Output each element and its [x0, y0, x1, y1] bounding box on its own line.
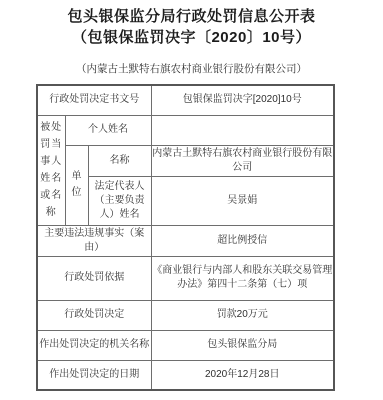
title-line2: （包银保监罚决字〔2020〕10号） [0, 27, 383, 48]
row-basis: 行政处罚依据 《商业银行与内部人和股东关联交易管理办法》第四十二条第（七）项 [37, 256, 334, 300]
unit-name-label: 名称 [88, 145, 151, 176]
facts-label: 主要违法违规事实（案由） [37, 225, 151, 256]
punished-party-group-label-text: 被处罚当事人姓名或名称 [39, 119, 63, 221]
row-date: 作出处罚决定的日期 2020年12月28日 [37, 360, 334, 390]
legal-rep-label: 法定代表人（主要负责人）姓名 [88, 176, 151, 225]
punished-party-group-label: 被处罚当事人姓名或名称 [37, 115, 65, 225]
row-authority: 作出处罚决定的机关名称 包头银保监分局 [37, 330, 334, 360]
bank-name-note: （内蒙古土默特右旗农村商业银行股份有限公司） [0, 61, 383, 76]
decision-value: 罚款20万元 [151, 300, 334, 330]
penalty-disclosure-page: 包头银保监分局行政处罚信息公开表 （包银保监罚决字〔2020〕10号） （内蒙古… [0, 0, 383, 400]
row-facts: 主要违法违规事实（案由） 超比例授信 [37, 225, 334, 256]
row-individual-name: 被处罚当事人姓名或名称 个人姓名 [37, 115, 334, 145]
unit-name-value: 内蒙古土默特右旗农村商业银行股份有限公司 [151, 145, 334, 176]
individual-name-label: 个人姓名 [65, 115, 151, 145]
date-label: 作出处罚决定的日期 [37, 360, 151, 390]
authority-value: 包头银保监分局 [151, 330, 334, 360]
individual-name-value [151, 115, 334, 145]
row-unit-name: 单位 名称 内蒙古土默特右旗农村商业银行股份有限公司 [37, 145, 334, 176]
basis-value: 《商业银行与内部人和股东关联交易管理办法》第四十二条第（七）项 [151, 256, 334, 300]
doc-number-label: 行政处罚决定书文号 [37, 85, 151, 115]
doc-number-value: 包银保监罚决字[2020]10号 [151, 85, 334, 115]
decision-label: 行政处罚决定 [37, 300, 151, 330]
date-value: 2020年12月28日 [151, 360, 334, 390]
legal-rep-value: 吴景娟 [151, 176, 334, 225]
page-title: 包头银保监分局行政处罚信息公开表 （包银保监罚决字〔2020〕10号） [0, 0, 383, 48]
title-line1: 包头银保监分局行政处罚信息公开表 [0, 6, 383, 27]
unit-group-label-text: 单位 [71, 169, 83, 201]
penalty-info-table: 行政处罚决定书文号 包银保监罚决字[2020]10号 被处罚当事人姓名或名称 个… [36, 84, 335, 391]
basis-label: 行政处罚依据 [37, 256, 151, 300]
row-doc-number: 行政处罚决定书文号 包银保监罚决字[2020]10号 [37, 85, 334, 115]
unit-group-label: 单位 [65, 145, 88, 225]
row-decision: 行政处罚决定 罚款20万元 [37, 300, 334, 330]
authority-label: 作出处罚决定的机关名称 [37, 330, 151, 360]
facts-value: 超比例授信 [151, 225, 334, 256]
